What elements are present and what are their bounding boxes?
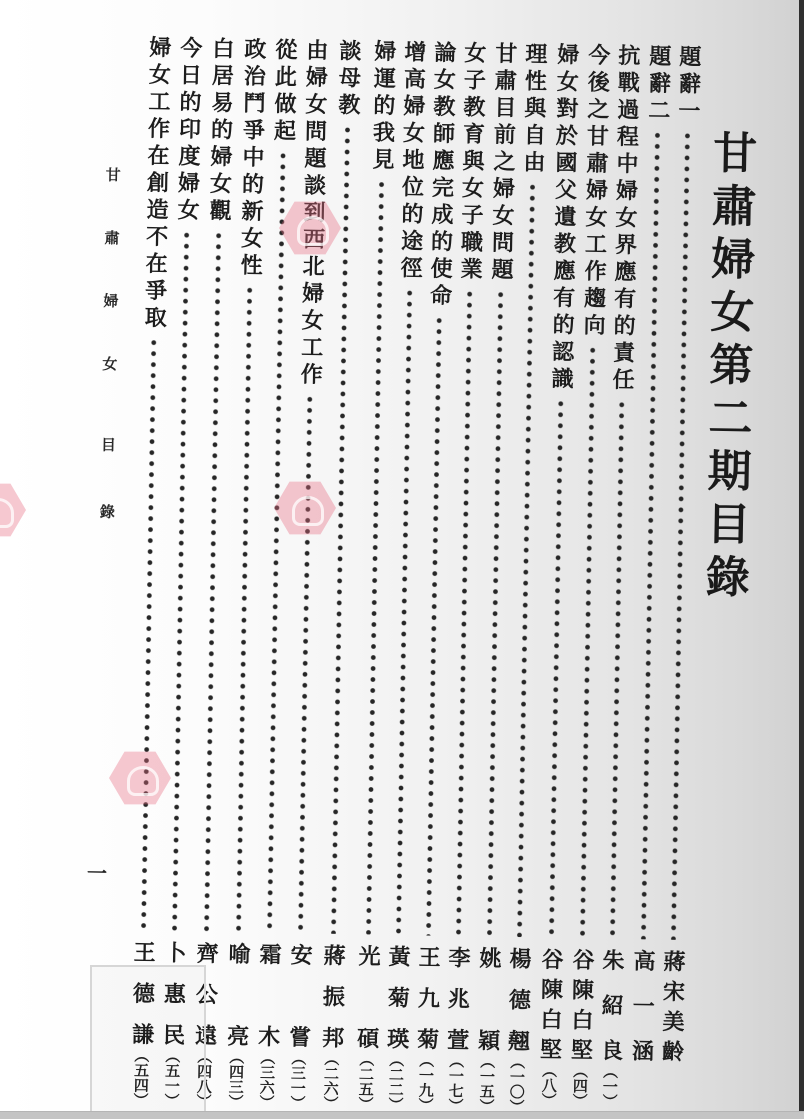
dot-leader [139, 339, 157, 931]
page-title: 甘肅婦女第二期目錄 [699, 129, 753, 607]
margin-journal-name: 甘肅婦女 [99, 167, 121, 419]
dot-leader [329, 126, 351, 934]
entry-author-block: 姚穎 （一五） [473, 946, 502, 1109]
binding-shadow [799, 0, 804, 1119]
entry-page: （四三） [226, 1049, 245, 1105]
entry-title: 今日的印度婦女 [174, 36, 203, 225]
entry-title: 婦女對於國父遺教應有的認識 [548, 43, 580, 394]
dot-leader [202, 232, 222, 932]
entry-title: 抗戰過程中婦女界應有的責任 [609, 44, 641, 395]
entry-title: 題辭一 [675, 45, 702, 126]
entry-page: （二六） [321, 1051, 340, 1107]
entry-title: 婦運的我見 [369, 39, 397, 174]
entry-author: 霜木 [254, 943, 282, 1048]
entry-author: 朱紹良 [597, 949, 625, 1061]
entry-page: （三一） [288, 1050, 307, 1106]
entry-author: 蔣宋美齡 [658, 950, 686, 1062]
entry-author-block: 高一涵 [627, 949, 656, 1112]
entry-title: 談母教 [335, 39, 362, 120]
entry-author: 谷陳白堅 [536, 947, 564, 1059]
dot-leader [234, 286, 253, 932]
dot-leader [547, 400, 564, 938]
entry-title: 白居易的婦女觀 [206, 37, 235, 226]
entry-author-block: 安嘗 （三一） [284, 943, 313, 1106]
entry-author-block: 楊德翹 （一〇） [503, 947, 532, 1110]
entry-author: 王九菊 [413, 945, 441, 1050]
dot-leader [515, 183, 536, 937]
entry-author-block: 王九菊 （一九） [412, 945, 441, 1108]
entry-author: 高一涵 [628, 949, 656, 1061]
entry-author-block: 光碩 （二五） [352, 944, 381, 1107]
entry-page: （一七） [446, 1053, 465, 1109]
page-bottom-edge [0, 1111, 804, 1119]
dot-leader [265, 152, 287, 933]
dot-leader [608, 401, 625, 939]
entry-page: （二二） [386, 1052, 405, 1108]
library-stamp-mark [90, 965, 206, 1114]
entry-page: （八） [539, 1062, 558, 1107]
entry-title: 增高婦女地位的途徑 [397, 40, 427, 283]
entry-page: （三六） [257, 1050, 276, 1106]
entry-author: 喻亮 [223, 942, 251, 1047]
entry-author-block: 蔣宋美齡 [657, 950, 686, 1113]
entry-title: 甘肅目前之婦女問題 [488, 41, 518, 284]
entry-author: 姚穎 [474, 946, 502, 1051]
dot-leader [170, 231, 190, 931]
entry-author-block: 蔣振邦 （二六） [317, 944, 346, 1107]
dot-leader [394, 289, 413, 935]
entry-title: 題辭二 [645, 44, 672, 125]
entry-author-block: 李兆萱 （一七） [442, 946, 471, 1109]
entry-author: 光碩 [353, 944, 381, 1049]
entry-author-block: 霜木 （三六） [253, 943, 282, 1106]
entry-author: 黃菊瑛 [383, 945, 411, 1050]
entry-author-block: 朱紹良 （一） [596, 949, 625, 1112]
entry-author: 李兆萱 [443, 946, 471, 1051]
dot-leader [669, 132, 691, 940]
entry-title: 婦女工作在創造不在爭取 [141, 35, 172, 332]
folio-page-number: 一 [90, 863, 110, 883]
entry-title: 論女教師應完成的使命 [426, 40, 457, 310]
entry-title: 今後之甘肅婦女工作趨向 [580, 43, 611, 340]
entry-page: （一〇） [507, 1054, 526, 1110]
margin-section-name: 目錄 [97, 437, 117, 571]
entry-page: （一） [600, 1064, 619, 1109]
entry-author-block: 喻亮 （四三） [222, 942, 251, 1105]
entry-title: 從此做起 [270, 38, 298, 146]
toc-content: 甘肅婦女第二期目錄 甘肅婦女 目錄 一 題辭一 蔣宋美齡 題辭二 高一涵 抗戰過… [0, 0, 804, 1119]
entry-author: 楊德翹 [504, 947, 532, 1052]
dot-leader [454, 290, 473, 936]
entry-author-block: 黃菊瑛 （二二） [382, 945, 411, 1108]
entry-author: 谷陳白堅 [567, 948, 595, 1060]
entry-author: 蔣振邦 [318, 944, 346, 1049]
entry-author-block: 谷陳白堅 （八） [535, 947, 564, 1110]
entry-page: （一五） [477, 1054, 496, 1110]
entry-title: 政治鬥爭中的新女性 [237, 37, 267, 280]
entry-page: （一九） [416, 1053, 435, 1109]
entry-author-block: 谷陳白堅 （四） [566, 948, 595, 1111]
entry-author: 安嘗 [285, 943, 313, 1048]
entry-page: （二五） [356, 1051, 375, 1107]
scanned-page: 甘肅婦女第二期目錄 甘肅婦女 目錄 一 題辭一 蔣宋美齡 題辭二 高一涵 抗戰過… [0, 0, 804, 1119]
dot-leader [639, 131, 661, 939]
dot-leader [364, 181, 385, 935]
dot-leader [296, 395, 313, 933]
dot-leader [424, 317, 443, 936]
dot-leader [485, 291, 504, 937]
entry-title: 女子教育與女子職業 [457, 41, 487, 284]
entry-page: （四） [570, 1063, 589, 1108]
dot-leader [578, 346, 596, 938]
entry-title: 理性與自由 [520, 42, 548, 177]
